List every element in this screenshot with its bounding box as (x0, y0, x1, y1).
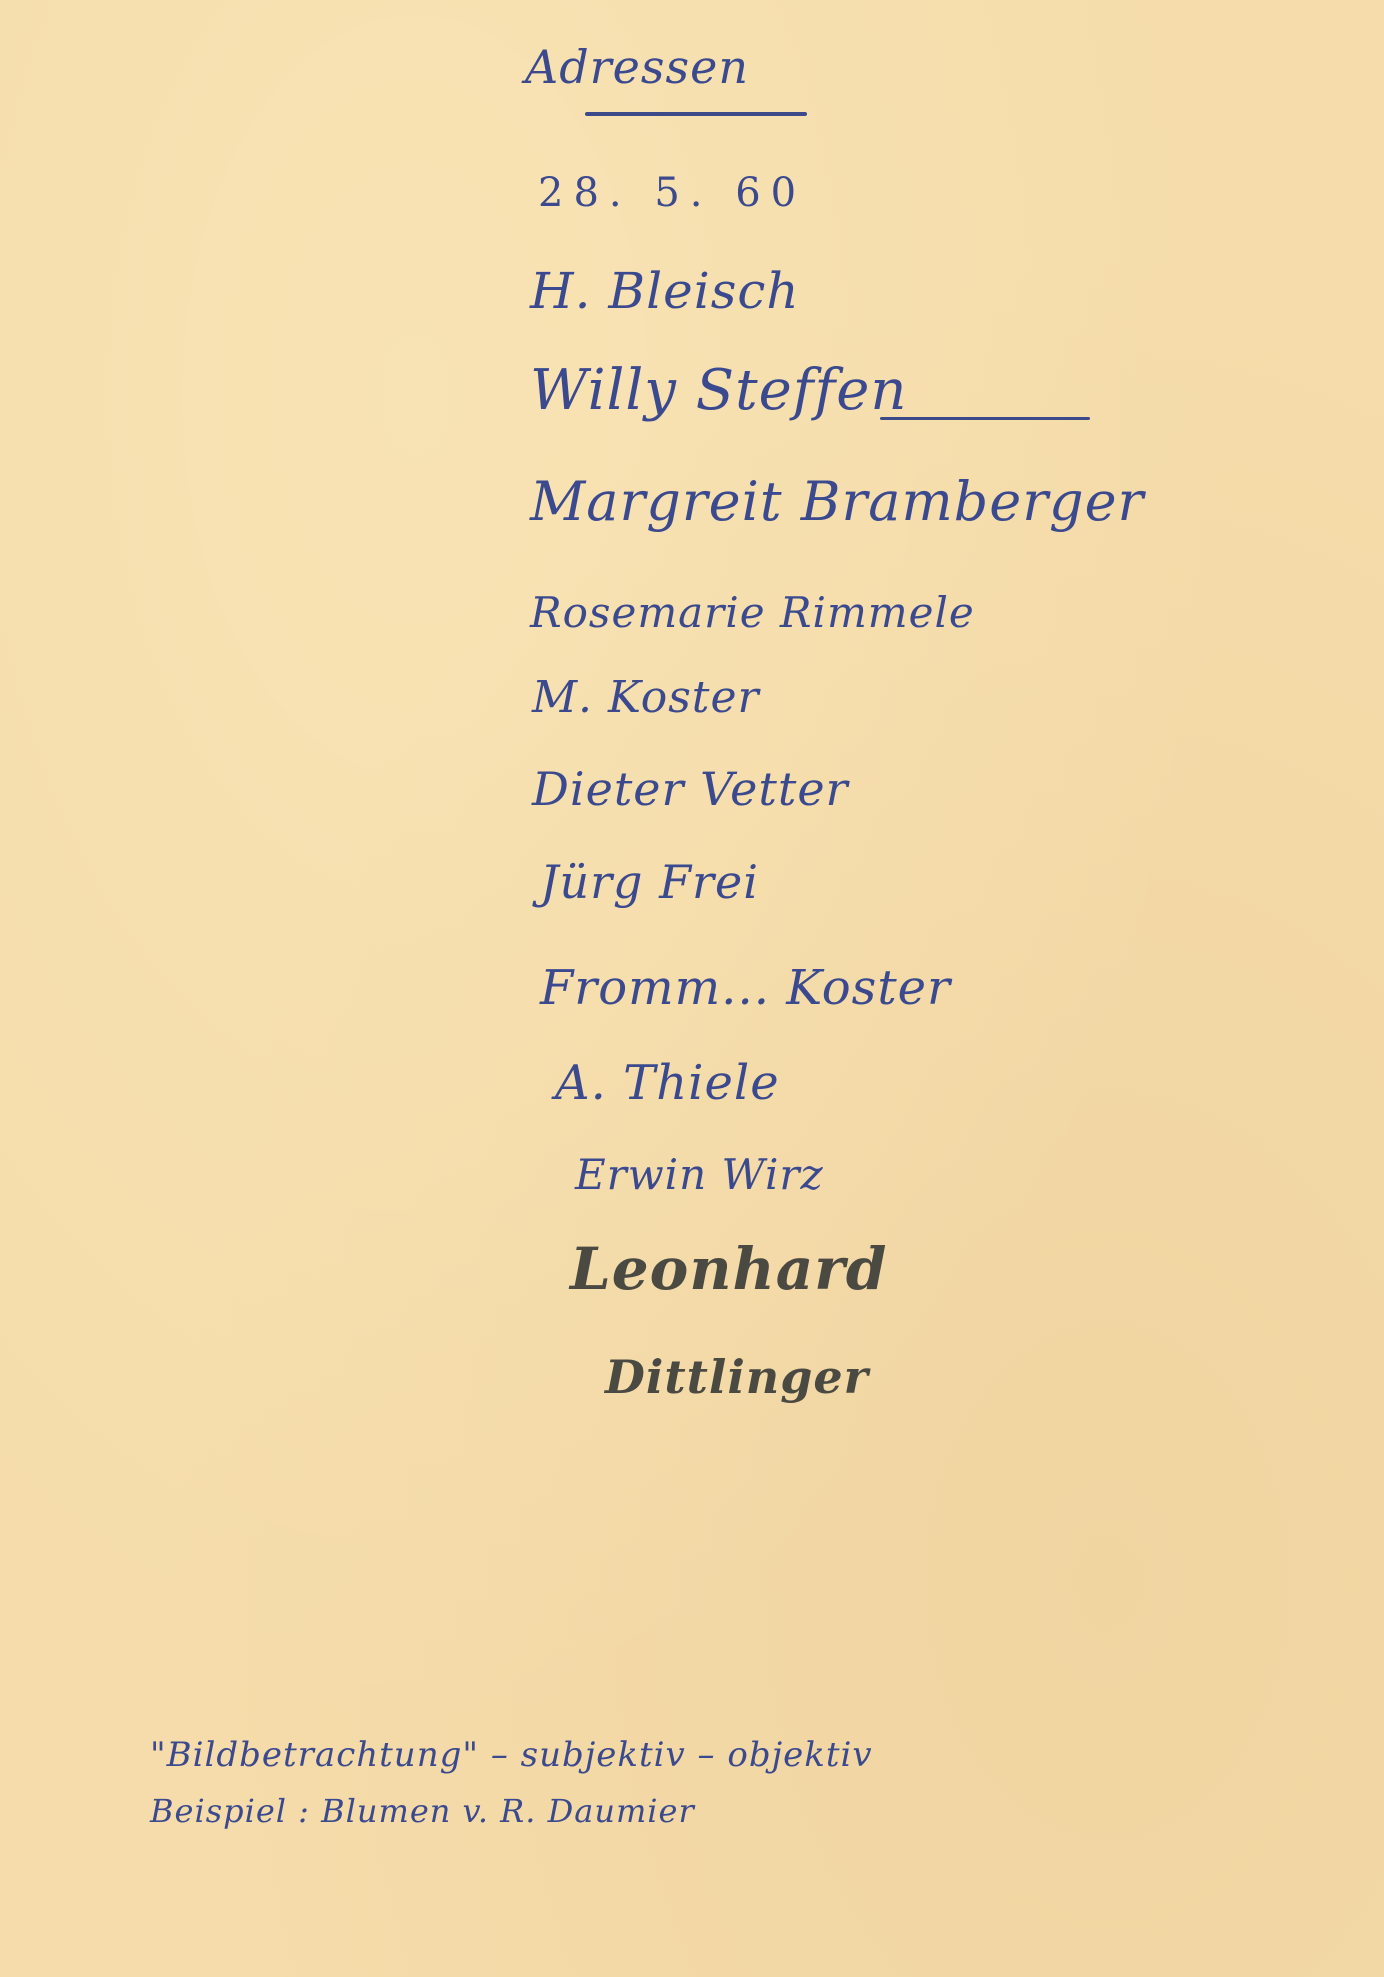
handwritten-page: Adressen 28. 5. 60 H. Bleisch Willy Stef… (0, 0, 1384, 1977)
signature-1: H. Bleisch (530, 262, 800, 320)
note-line-2: Beispiel : Blumen v. R. Daumier (150, 1792, 695, 1830)
note-line-1: "Bildbetrachtung" – subjektiv – objektiv (150, 1735, 873, 1775)
signature-4: Rosemarie Rimmele (530, 588, 975, 637)
signature-11: Leonhard (570, 1235, 887, 1303)
date: 28. 5. 60 (538, 170, 806, 216)
signature-6: Dieter Vetter (532, 762, 849, 816)
signature-8: Fromm... Koster (540, 960, 951, 1016)
signature-5: M. Koster (532, 672, 760, 723)
signature-2: Willy Steffen (530, 358, 907, 423)
page-title: Adressen (525, 40, 749, 94)
title-underline (585, 112, 807, 116)
signature-flourish (880, 417, 1090, 420)
signature-9: A. Thiele (555, 1055, 780, 1111)
signature-10: Erwin Wirz (575, 1150, 824, 1199)
signature-7: Jürg Frei (540, 855, 759, 909)
signature-12: Dittlinger (605, 1350, 869, 1404)
signature-3: Margreit Bramberger (530, 470, 1144, 533)
